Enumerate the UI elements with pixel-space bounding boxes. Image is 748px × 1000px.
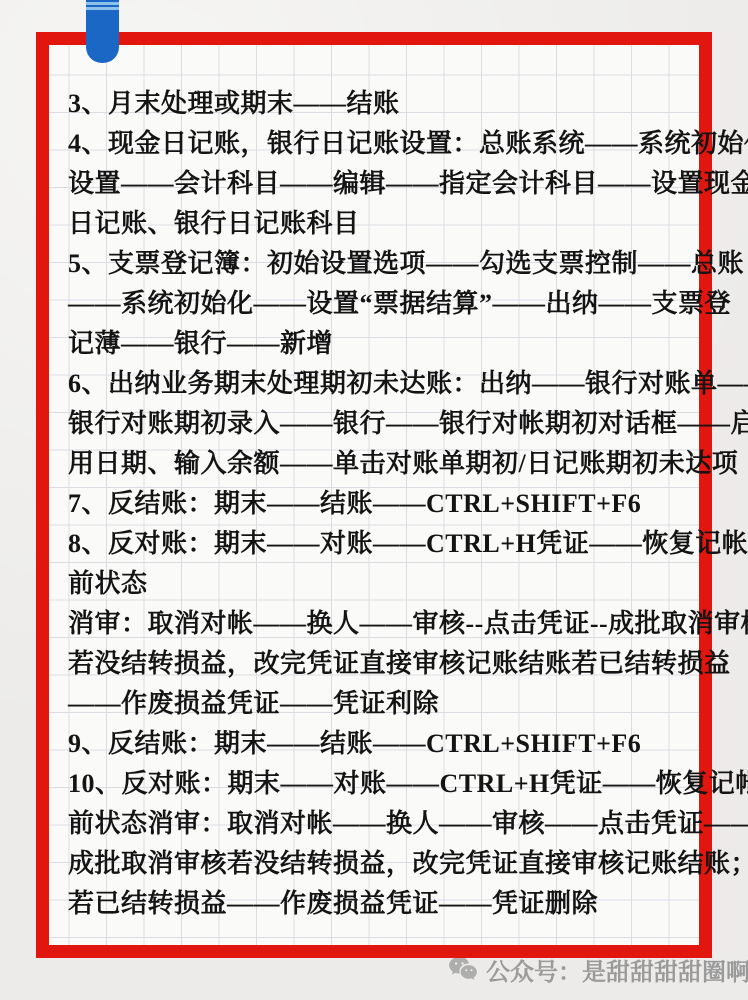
note-line: 若已结转损益——作废损益凭证——凭证删除 — [68, 884, 684, 924]
note-line: 6、出纳业务期末处理期初未达账：出纳——银行对账单—— — [68, 364, 684, 404]
note-line: ——作废损益凭证——凭证利除 — [68, 684, 684, 724]
note-line: 若没结转损益，改完凭证直接审核记账结账若已结转损益 — [68, 644, 684, 684]
note-line: 7、反结账：期末——结账——CTRL+SHIFT+F6 — [68, 484, 684, 524]
wechat-icon — [448, 956, 478, 982]
note-line: 4、现金日记账，银行日记账设置：总账系统——系统初始化 — [68, 124, 684, 164]
note-line: 9、反结账：期末——结账——CTRL+SHIFT+F6 — [68, 724, 684, 764]
note-line: ——系统初始化——设置“票据结算”——出纳——支票登 — [68, 284, 684, 324]
note-line: 8、反对账：期末——对账——CTRL+H凭证——恢复记帐 — [68, 524, 684, 564]
note-line: 3、月末处理或期末——结账 — [68, 84, 684, 124]
note-line: 成批取消审核若没结转损益，改完凭证直接审核记账结账； — [68, 844, 684, 884]
pin-clip — [86, 0, 119, 63]
note-line: 记薄——银行——新增 — [68, 324, 684, 364]
note-line: 日记账、银行日记账科目 — [68, 204, 684, 244]
note-line: 前状态 — [68, 564, 684, 604]
note-line: 设置——会计科目——编辑——指定会计科目——设置现金 — [68, 164, 684, 204]
note-line: 用日期、输入余额——单击对账单期初/日记账期初未达项 — [68, 444, 684, 484]
note-line: 银行对账期初录入——银行——银行对帐期初对话框——启 — [68, 404, 684, 444]
note-line: 消审：取消对帐——换人——审核--点击凭证--成批取消审核 — [68, 604, 684, 644]
note-line: 5、支票登记簿：初始设置选项——勾选支票控制——总账 — [68, 244, 684, 284]
note-text-block: 3、月末处理或期末——结账 4、现金日记账，银行日记账设置：总账系统——系统初始… — [68, 84, 684, 924]
note-line: 10、反对账：期末——对账——CTRL+H凭证——恢复记帐 — [68, 764, 684, 804]
note-line: 前状态消审：取消对帐——换人——审核——点击凭证—— — [68, 804, 684, 844]
